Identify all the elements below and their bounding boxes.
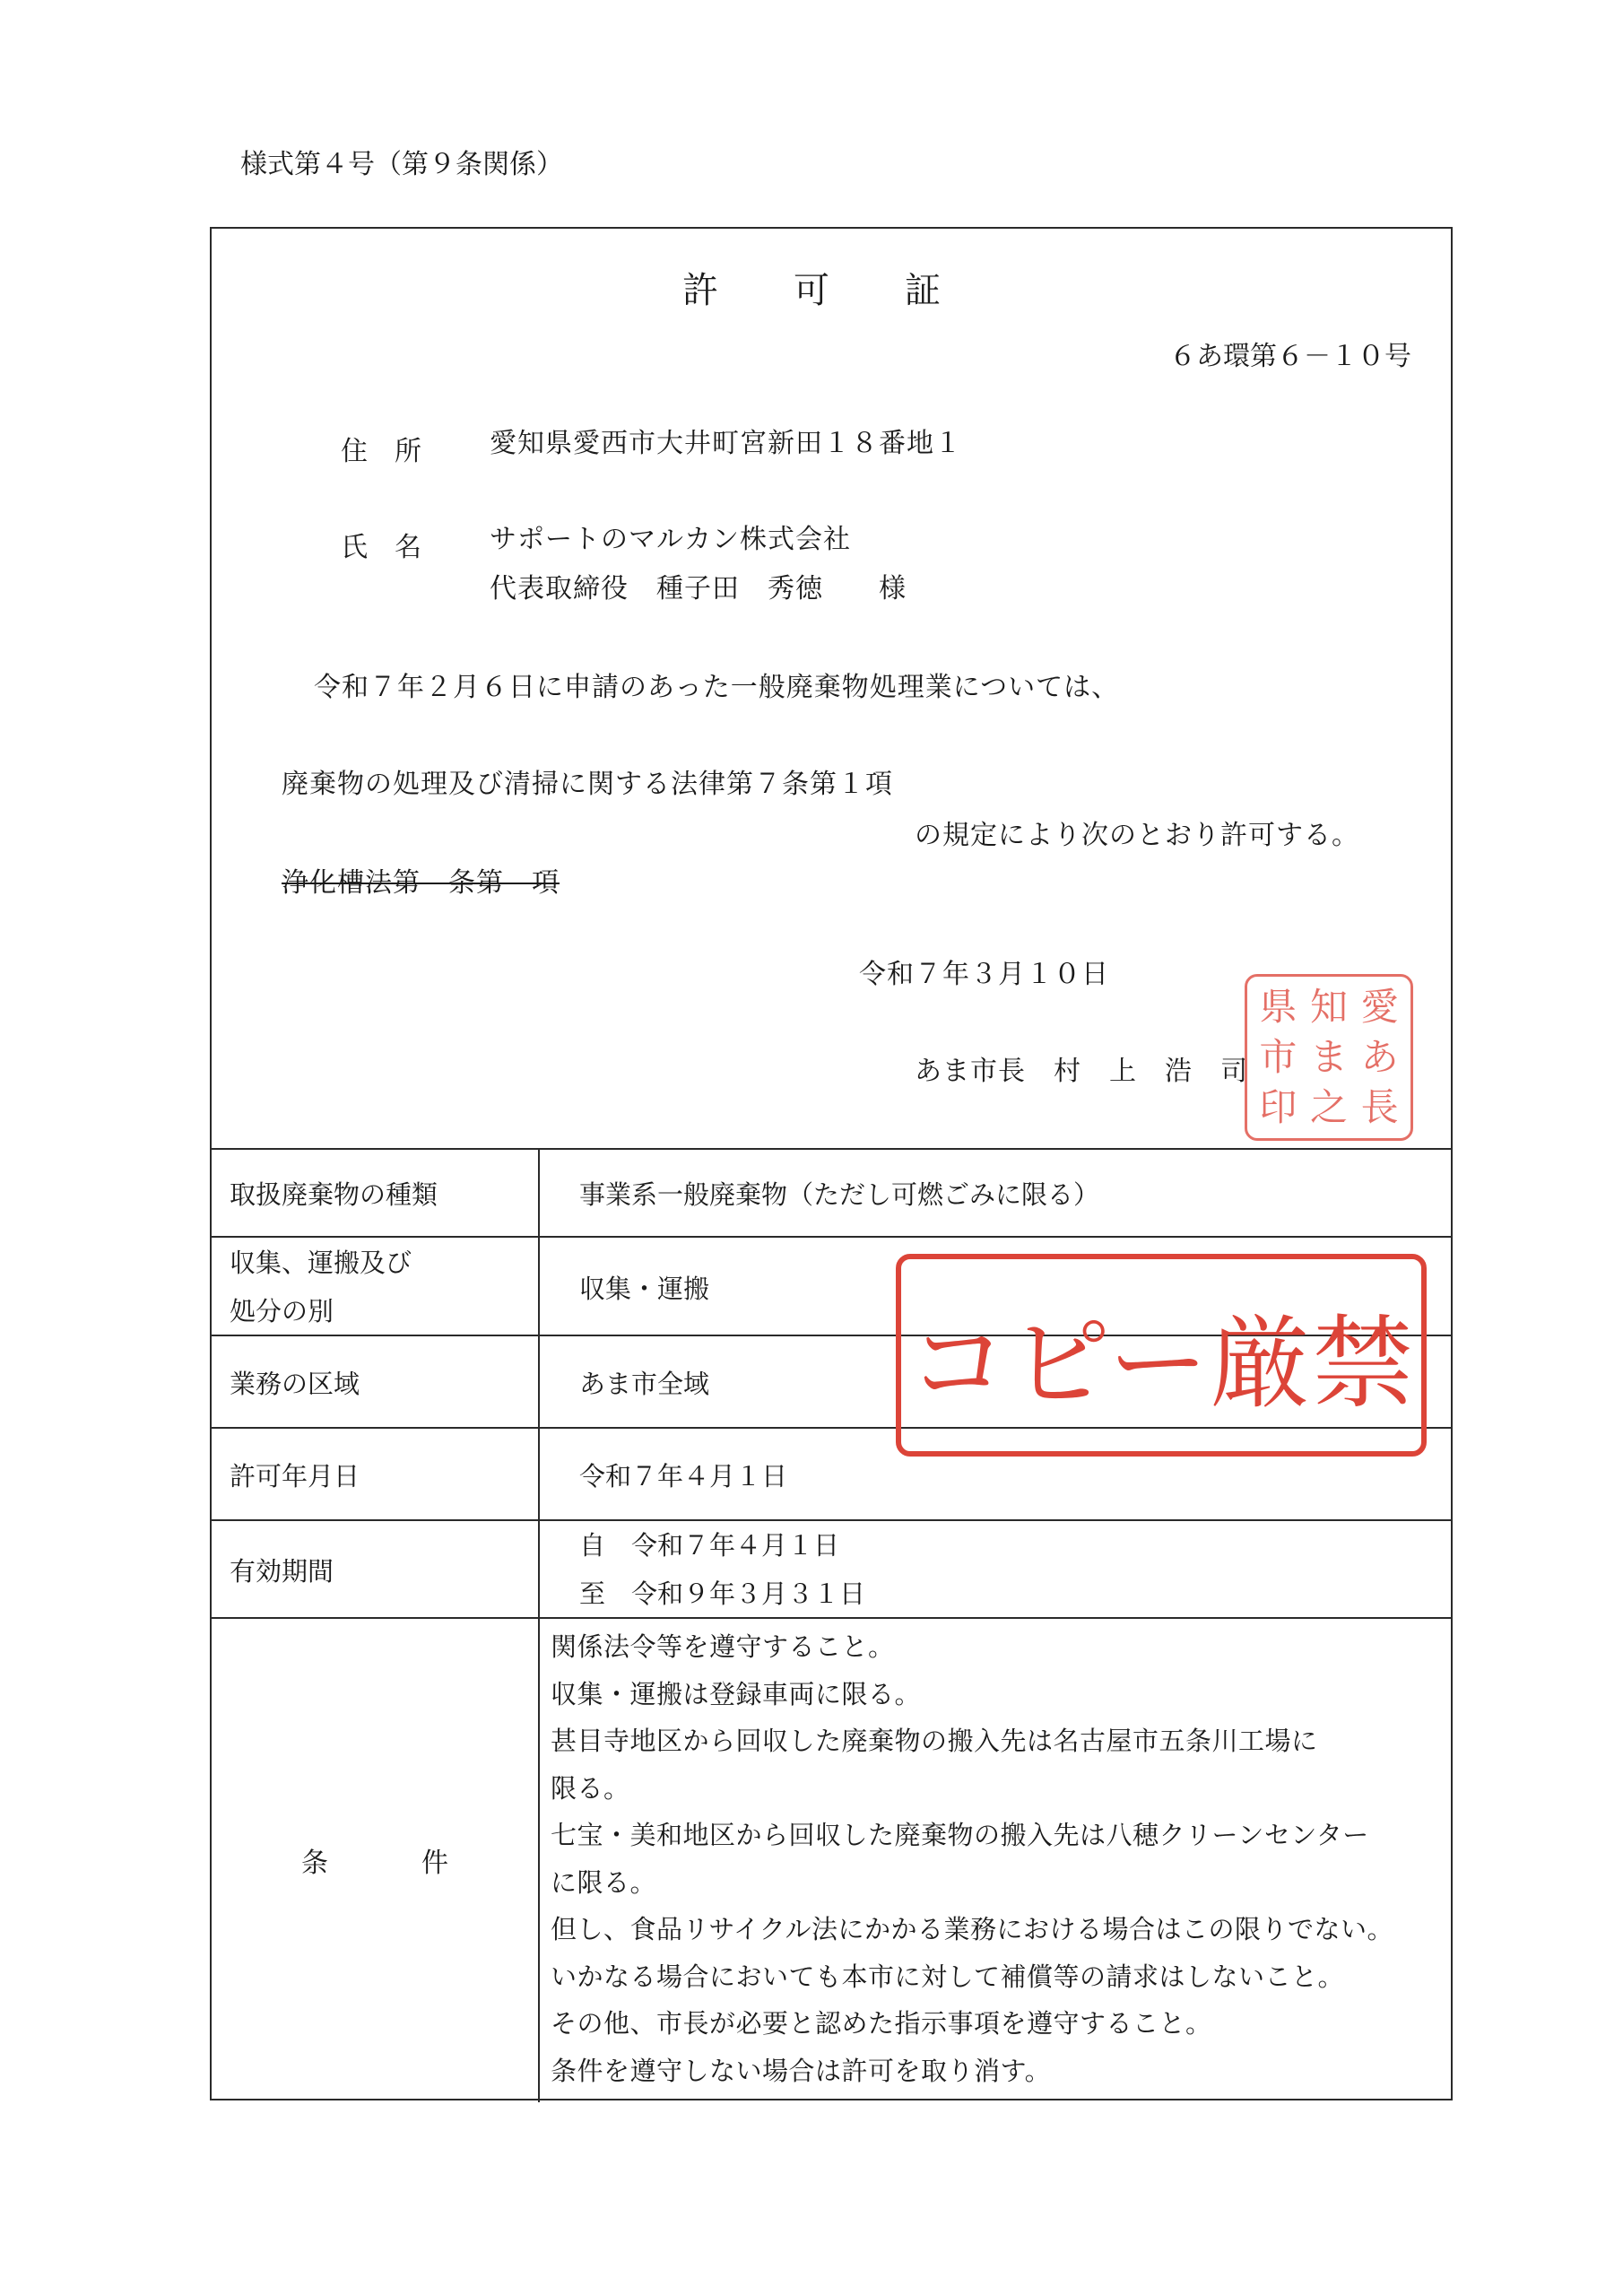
name-label: 氏名 [341, 525, 448, 564]
seal-char: 知 [1304, 982, 1355, 1032]
label-line: 処分の別 [230, 1287, 334, 1335]
title-char: 許 [682, 262, 718, 313]
copy-prohibited-stamp: コピー厳禁 [896, 1254, 1427, 1457]
condition-line: 限る。 [551, 1765, 1447, 1813]
validity-from: 自 令和７年４月１日 [579, 1521, 839, 1570]
seal-char: ま [1304, 1032, 1355, 1083]
conditions-label: 条件 [212, 1618, 538, 2102]
condition-line: いかなる場合においても本市に対して補償等の請求はしないこと。 [551, 1953, 1447, 2001]
application-statement: 令和７年２月６日に申請のあった一般廃棄物処理業については、 [314, 674, 1119, 701]
seal-char: 県 [1253, 982, 1304, 1032]
label-line: 収集、運搬及び [230, 1239, 412, 1287]
form-number: 様式第４号（第９条関係） [240, 142, 563, 181]
issuer-name: あま市長 村 上 浩 司 [915, 1058, 1248, 1085]
conditions-label-char: 件 [421, 1840, 448, 1880]
address-value: 愛知県愛西市大井町宮新田１８番地１ [490, 430, 962, 457]
title-char: 証 [905, 262, 941, 313]
condition-line: に限る。 [551, 1859, 1447, 1907]
name-label-char: 氏 [341, 525, 395, 564]
conditions-label-char: 条 [301, 1840, 328, 1880]
condition-line: 但し、食品リサイクル法にかかる業務における場合はこの限りでない。 [551, 1906, 1447, 1953]
condition-line: 七宝・美和地区から回収した廃棄物の搬入先は八穂クリーンセンター [551, 1812, 1447, 1859]
seal-char: 愛 [1354, 982, 1405, 1032]
condition-line: 関係法令等を遵守すること。 [551, 1623, 1447, 1671]
seal-char: あ [1354, 1032, 1405, 1083]
company-name: サポートのマルカン株式会社 [490, 526, 851, 553]
address-label-char: 住 [341, 429, 395, 468]
representative-name: 代表取締役 種子田 秀徳 様 [490, 576, 907, 603]
condition-line: 収集・運搬は登録車両に限る。 [551, 1671, 1447, 1718]
seal-char: 之 [1304, 1083, 1355, 1133]
condition-line: 条件を遵守しない場合は許可を取り消す。 [551, 2048, 1447, 2095]
address-label: 住所 [341, 429, 448, 468]
table-row-label: 収集、運搬及び 処分の別 [212, 1239, 538, 1335]
table-row-value: 自 令和７年４月１日 至 令和９年３月３１日 [540, 1521, 1451, 1618]
law-reference: 廃棄物の処理及び清掃に関する法律第７条第１項 [282, 771, 893, 798]
issue-date: 令和７年３月１０日 [859, 961, 1109, 988]
table-row-label: 許可年月日 [212, 1429, 538, 1520]
condition-line: その他、市長が必要と認めた指示事項を遵守すること。 [551, 2000, 1447, 2048]
table-row-label: 取扱廃棄物の種類 [212, 1150, 538, 1237]
table-row-value: 事業系一般廃棄物（ただし可燃ごみに限る） [540, 1150, 1451, 1237]
name-label-char: 名 [395, 525, 448, 564]
seal-char: 印 [1253, 1083, 1304, 1133]
address-label-char: 所 [395, 429, 448, 468]
permission-statement: の規定により次のとおり許可する。 [915, 822, 1359, 849]
seal-char: 長 [1354, 1083, 1405, 1133]
conditions-list: 関係法令等を遵守すること。 収集・運搬は登録車両に限る。 甚目寺地区から回収した… [551, 1623, 1447, 2094]
certificate-title: 許可証 [0, 262, 1623, 313]
seal-char: 市 [1253, 1032, 1304, 1083]
official-seal: 愛 知 県 あ ま 市 長 之 印 [1245, 974, 1413, 1141]
struck-law-reference: 浄化槽法第 条第 項 [282, 870, 560, 897]
validity-to: 至 令和９年３月３１日 [579, 1570, 865, 1618]
table-row-label: 業務の区域 [212, 1336, 538, 1428]
certificate-number: ６あ環第６－１０号 [1169, 334, 1411, 373]
title-char: 可 [794, 262, 829, 313]
table-row-label: 有効期間 [212, 1521, 538, 1618]
condition-line: 甚目寺地区から回収した廃棄物の搬入先は名古屋市五条川工場に [551, 1718, 1447, 1765]
